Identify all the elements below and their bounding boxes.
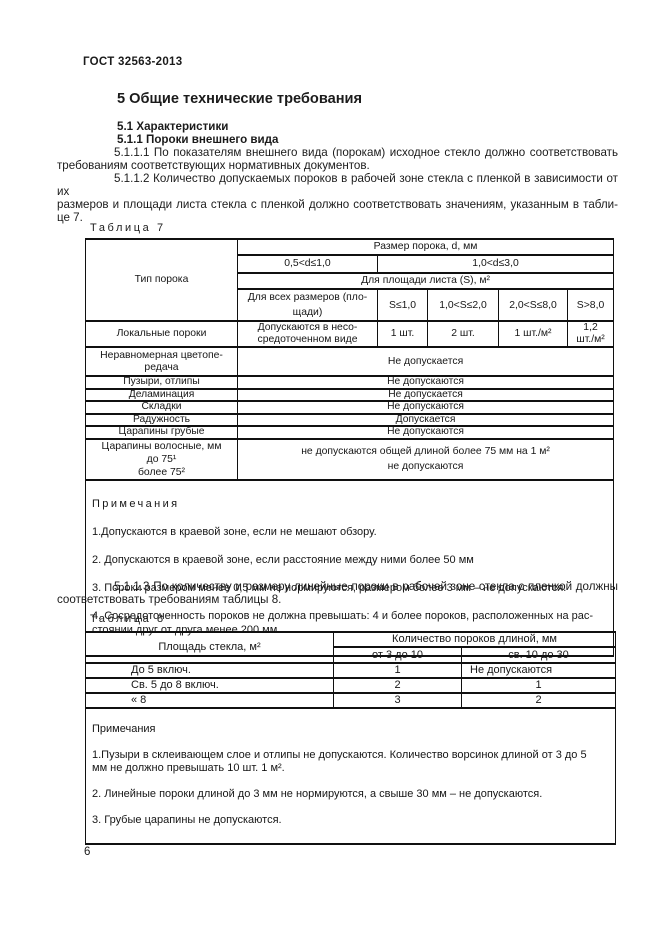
table7-label: Таблица 7 [90, 222, 166, 234]
table-cell: Не допускаются [238, 426, 614, 439]
document-page: ГОСТ 32563-2013 5 Общие технические треб… [0, 0, 661, 936]
table-cell: Не допускаются [462, 663, 616, 678]
table-cell: Царапины волосные, мм до 75¹ более 75² [86, 439, 238, 480]
table-cell: « 8 [86, 693, 334, 708]
table-cell: 1 [462, 678, 616, 693]
table-cell: До 5 включ. [86, 663, 334, 678]
table8-notes: Примечания 1.Пузыри в склеивающем слое и… [86, 708, 616, 844]
note-item: 3. Грубые царапины не допускаются. [92, 814, 609, 827]
paragraph-line: размеров и площади листа стекла с пленко… [57, 198, 618, 211]
paragraph-line: 5.1.1.3 По количеству и размеру линейные… [57, 580, 618, 593]
table-row: Деламинация Не допускается [86, 389, 614, 402]
table-row: Неравномерная цветопе- редача Не допуска… [86, 347, 614, 376]
paragraph-5112: 5.1.1.2 Количество допускаемых пороков в… [57, 172, 618, 224]
table-cell: от 3 до 10 [334, 647, 462, 663]
subsection-characteristics: 5.1 Характеристики [117, 120, 228, 133]
table-cell: Царапины грубые [86, 426, 238, 439]
notes-title: Примечания [92, 723, 609, 736]
table-cell: Пузыри, отлипы [86, 376, 238, 389]
table-cell: Св. 5 до 8 включ. [86, 678, 334, 693]
table-cell: Не допускается [238, 389, 614, 402]
note-item: 1.Пузыри в склеивающем слое и отлипы не … [92, 749, 609, 775]
note-item: 2. Линейные пороки длиной до 3 мм не нор… [92, 788, 609, 801]
table-row: Радужность Допускается [86, 414, 614, 427]
note-item: 2. Допускаются в краевой зоне, если расс… [92, 553, 607, 567]
page-number: 6 [84, 846, 90, 858]
table-notes-row: Примечания 1.Допускаются в краевой зоне,… [86, 480, 614, 656]
table-cell: Для всех размеров (пло- щади) [238, 289, 378, 321]
table8: Площадь стекла, м² Количество пороков дл… [85, 631, 616, 845]
table-cell: 1,0<S≤2,0 [428, 289, 499, 321]
paragraph-line: требованиям соответствующих нормативных … [57, 159, 618, 172]
table-cell: Допускаются в несо- средоточенном виде [238, 321, 378, 347]
table8-label: Таблица 8 [90, 613, 166, 625]
table-cell: 1,0<d≤3,0 [378, 255, 614, 273]
table-row: До 5 включ. 1 Не допускаются [86, 663, 616, 678]
paragraph-line: 5.1.1.2 Количество допускаемых пороков в… [57, 172, 618, 198]
table-cell: Локальные пороки [86, 321, 238, 347]
paragraph-5113: 5.1.1.3 По количеству и размеру линейные… [57, 580, 618, 606]
table-cell: 3 [334, 693, 462, 708]
table-cell: Неравномерная цветопе- редача [86, 347, 238, 376]
notes-title: Примечания [92, 497, 607, 511]
table-cell: 1 шт./м² [499, 321, 568, 347]
table-cell: Радужность [86, 414, 238, 427]
table-cell: Для площади листа (S), м² [238, 273, 614, 289]
table-cell: 2,0<S≤8,0 [499, 289, 568, 321]
table-cell: 2 [462, 693, 616, 708]
table-row: Св. 5 до 8 включ. 2 1 [86, 678, 616, 693]
note-item: 1.Допускаются в краевой зоне, если не ме… [92, 525, 607, 539]
table-cell: 1 [334, 663, 462, 678]
table-row: Складки Не допускаются [86, 401, 614, 414]
table-cell: не допускаются общей длиной более 75 мм … [238, 439, 614, 480]
table-row: « 8 3 2 [86, 693, 616, 708]
table7-notes: Примечания 1.Допускаются в краевой зоне,… [86, 480, 614, 656]
table-row: Царапины грубые Не допускаются [86, 426, 614, 439]
table-cell: 0,5<d≤1,0 [238, 255, 378, 273]
table-cell: Деламинация [86, 389, 238, 402]
table-cell: Складки [86, 401, 238, 414]
section-title: 5 Общие технические требования [117, 91, 362, 107]
table-cell: Размер порока, d, мм [238, 239, 614, 255]
table-cell: Тип порока [86, 239, 238, 321]
table-cell: S>8,0 [568, 289, 614, 321]
table-cell: Площадь стекла, м² [86, 632, 334, 663]
subsection-appearance-defects: 5.1.1 Пороки внешнего вида [117, 133, 278, 146]
table-cell: 2 шт. [428, 321, 499, 347]
table-cell: 1 шт. [378, 321, 428, 347]
table-row: Локальные пороки Допускаются в несо- сре… [86, 321, 614, 347]
paragraph-line: 5.1.1.1 По показателям внешнего вида (по… [57, 146, 618, 159]
table-cell: Допускается [238, 414, 614, 427]
table-row: Царапины волосные, мм до 75¹ более 75² н… [86, 439, 614, 480]
paragraph-line: соответствовать требованиям таблицы 8. [57, 593, 618, 606]
paragraph-5111: 5.1.1.1 По показателям внешнего вида (по… [57, 146, 618, 172]
table-cell: 1,2 шт./м² [568, 321, 614, 347]
table-cell: Не допускаются [238, 401, 614, 414]
table-notes-row: Примечания 1.Пузыри в склеивающем слое и… [86, 708, 616, 844]
table-cell: Количество пороков длиной, мм [334, 632, 616, 647]
table-cell: 2 [334, 678, 462, 693]
table-cell: Не допускаются [238, 376, 614, 389]
table-cell: св. 10 до 30 [462, 647, 616, 663]
table-row: Пузыри, отлипы Не допускаются [86, 376, 614, 389]
table-cell: Не допускается [238, 347, 614, 376]
standard-code: ГОСТ 32563-2013 [83, 56, 182, 68]
table-cell: S≤1,0 [378, 289, 428, 321]
